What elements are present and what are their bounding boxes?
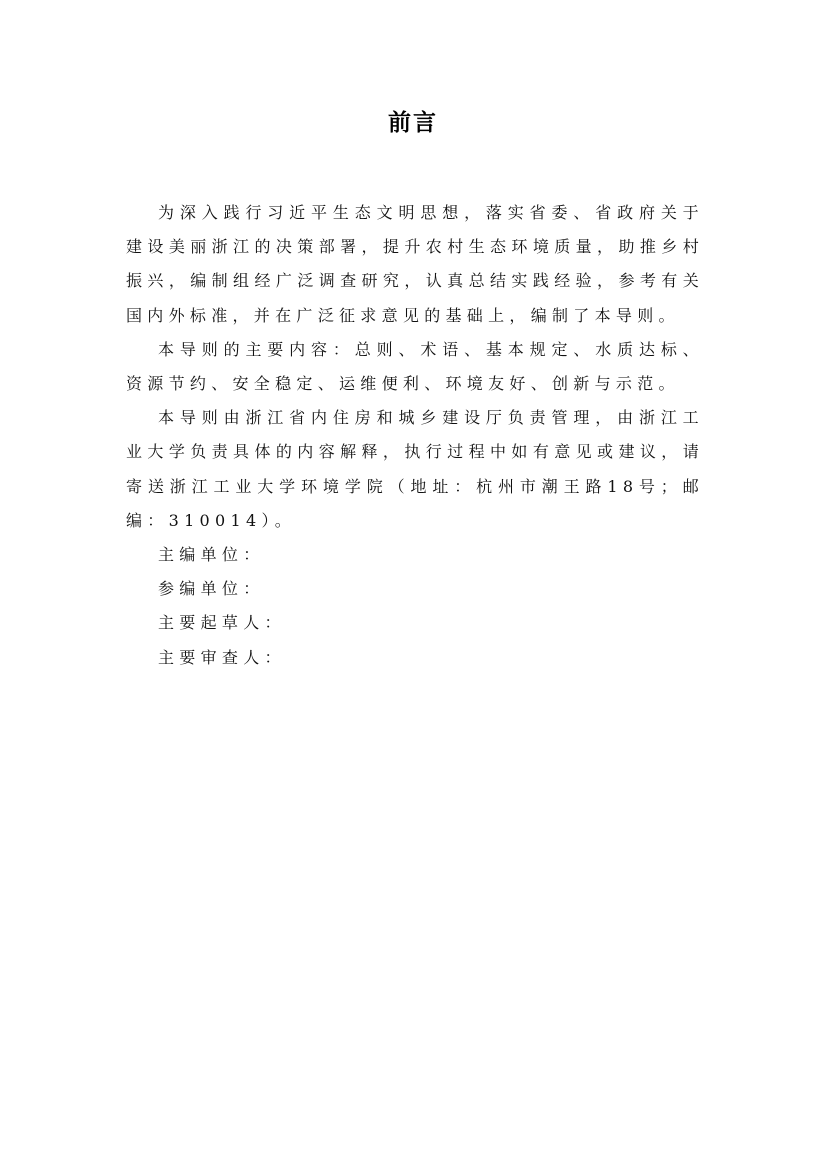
paragraph-management: 本导则由浙江省内住房和城乡建设厅负责管理，由浙江工业大学负责具体的内容解释，执行… [126,401,704,538]
chief-editor-unit-label: 主编单位： [126,538,704,572]
paragraph-purpose: 为深入践行习近平生态文明思想，落实省委、省政府关于建设美丽浙江的决策部署，提升农… [126,196,704,333]
main-reviewers-label: 主要审查人： [126,641,704,675]
document-page: 前言 为深入践行习近平生态文明思想，落实省委、省政府关于建设美丽浙江的决策部署，… [0,0,826,1169]
participating-units-label: 参编单位： [126,572,704,606]
preface-body: 为深入践行习近平生态文明思想，落实省委、省政府关于建设美丽浙江的决策部署，提升农… [126,196,704,675]
page-title: 前言 [0,107,826,139]
main-drafters-label: 主要起草人： [126,606,704,640]
paragraph-contents: 本导则的主要内容：总则、术语、基本规定、水质达标、资源节约、安全稳定、运维便利、… [126,333,704,401]
